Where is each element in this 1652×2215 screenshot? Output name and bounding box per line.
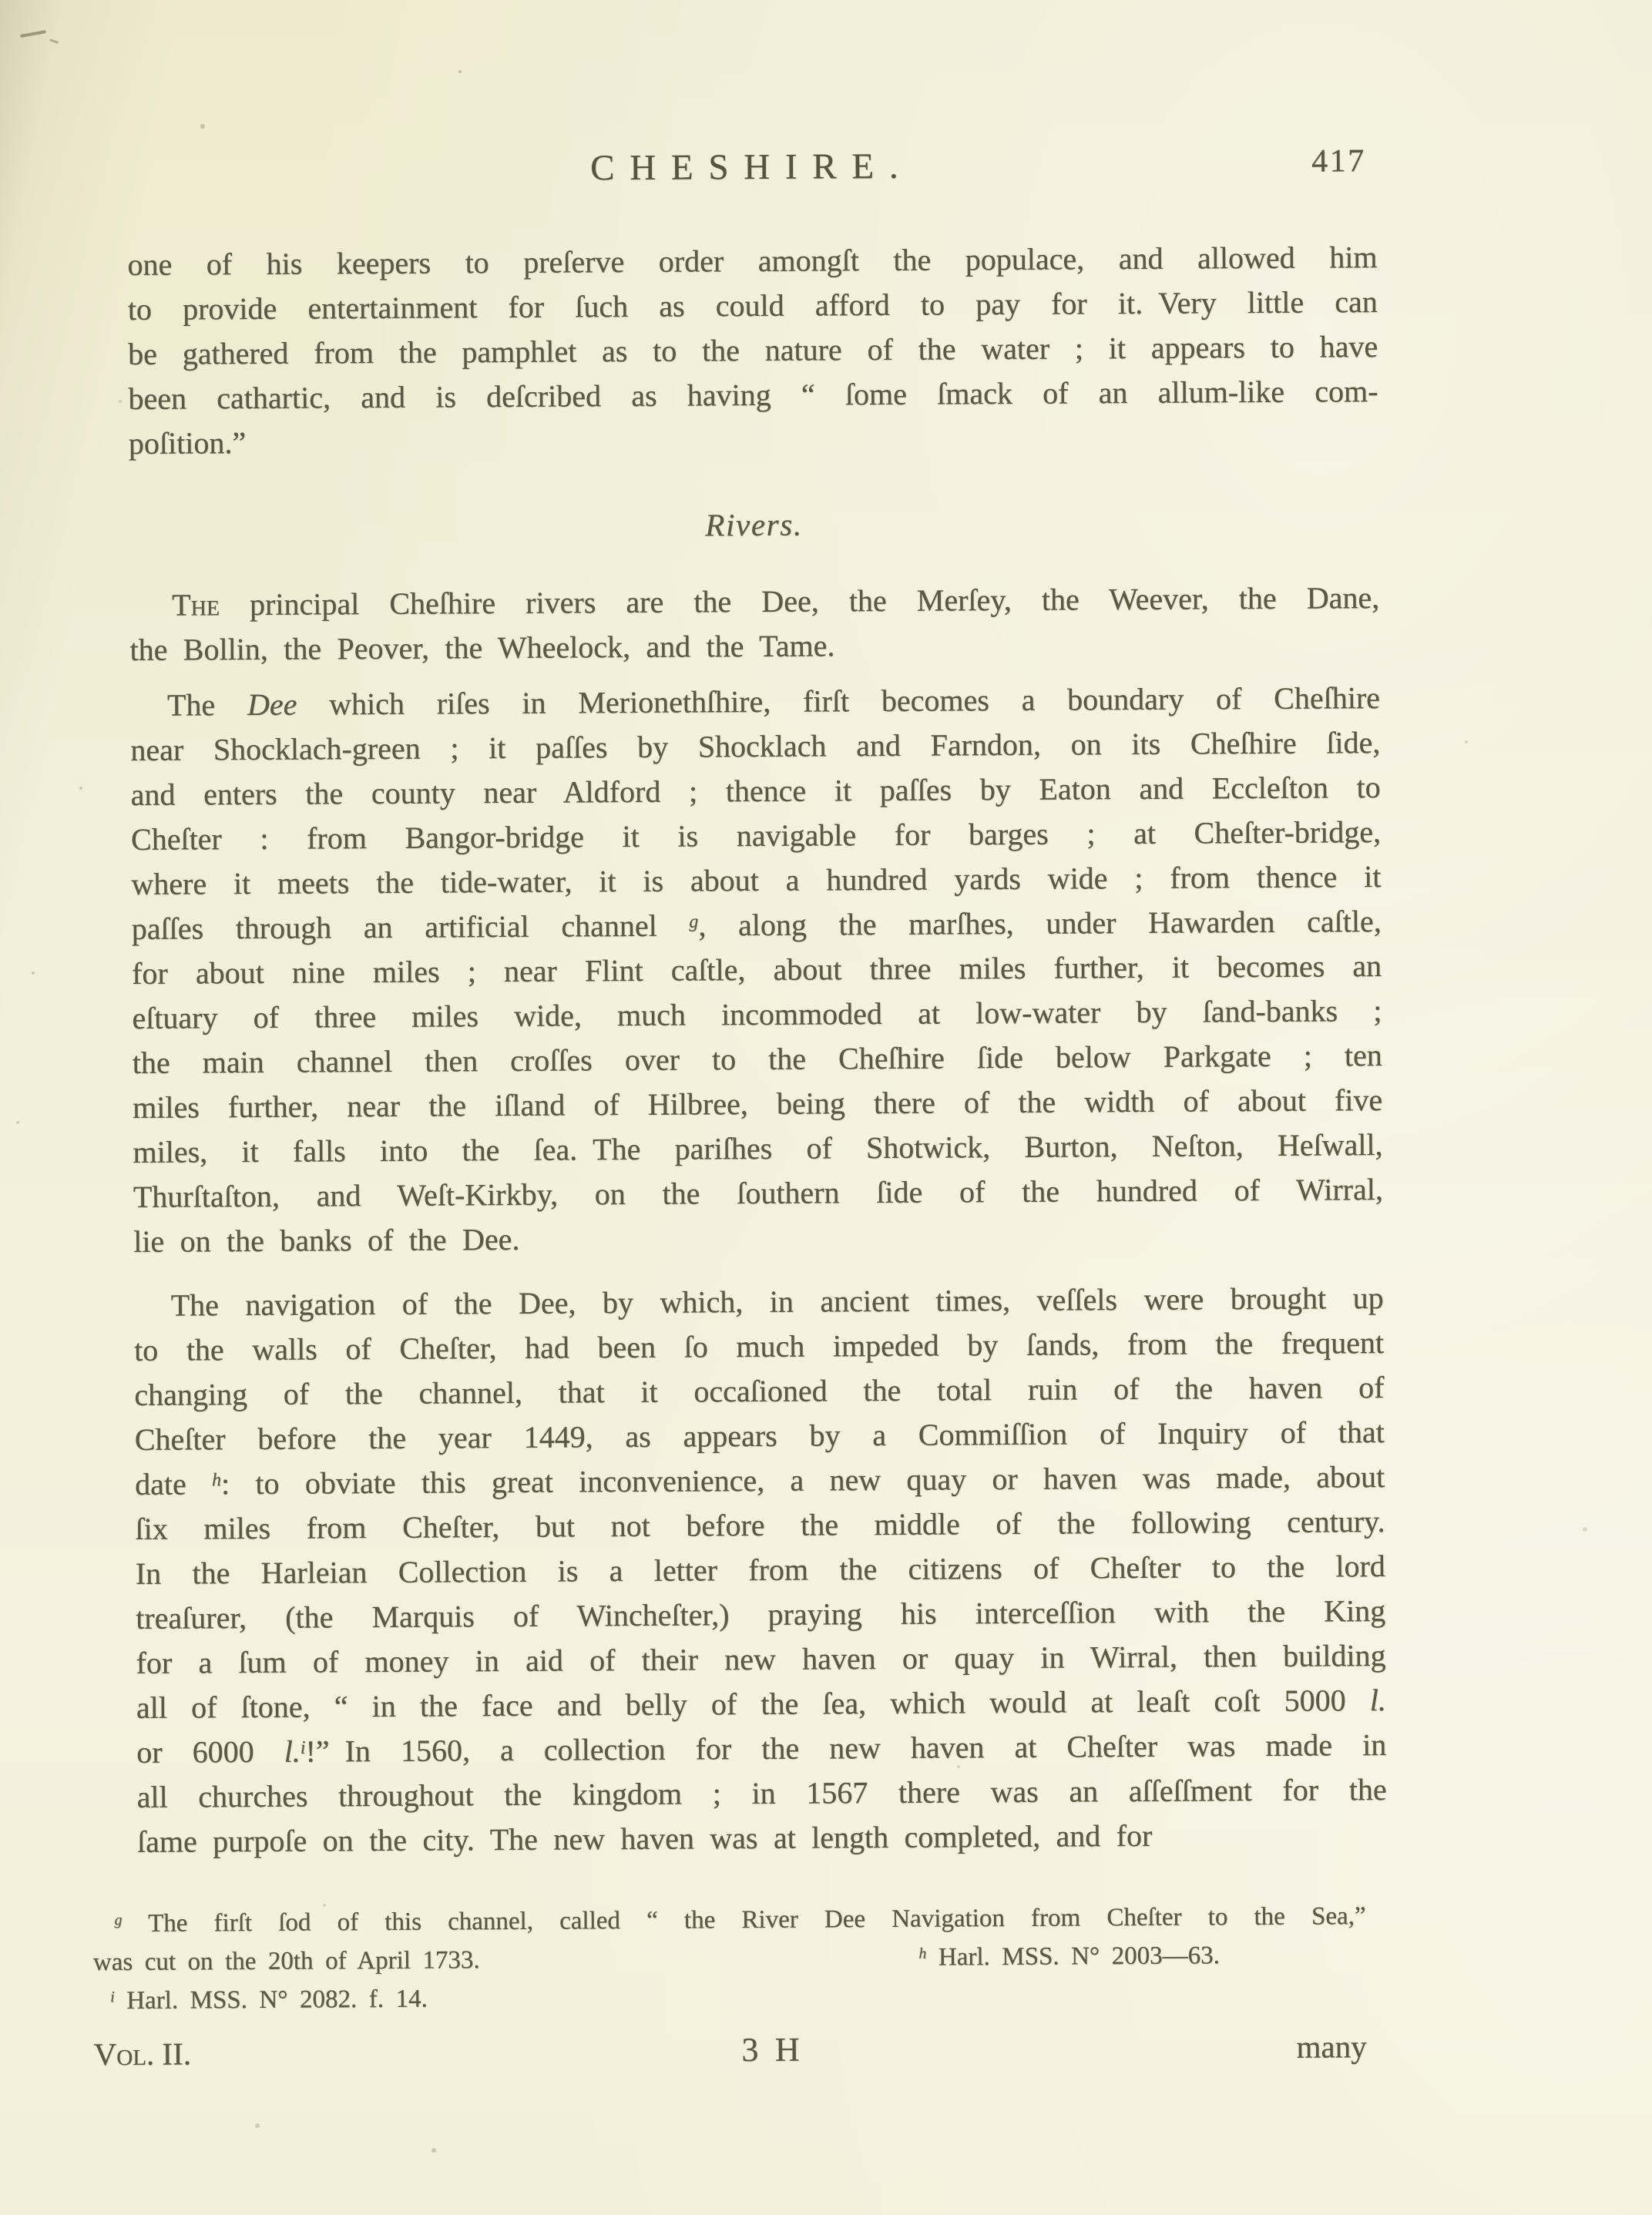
text-line: and enters the county near Aldford ; the…	[131, 765, 1381, 817]
paragraph-rivers-list: The principal Cheſhire rivers are the De…	[129, 576, 1380, 673]
text-line: The navigation of the Dee, by which, in …	[134, 1276, 1384, 1328]
paragraph-dee-navigation: The navigation of the Dee, by which, in …	[134, 1276, 1388, 1864]
text-line: Thurſtaſton, and Weſt-Kirkby, on the ſou…	[133, 1167, 1383, 1220]
text-line: one of his keepers to preſerve order amo…	[127, 235, 1377, 287]
text-line: for about nine miles ; near Flint caſtle…	[132, 944, 1382, 996]
text-line: the Bollin, the Peover, the Wheelock, an…	[129, 620, 1379, 673]
text-run: date	[135, 1466, 212, 1502]
text-line: treaſurer, (the Marquis of Wincheſter,) …	[136, 1589, 1385, 1641]
text-line: ſix miles from Cheſter, but not before t…	[135, 1499, 1385, 1552]
text-line: to the walls of Cheſter, had been ſo muc…	[134, 1321, 1384, 1373]
text-line: poſition.”	[129, 414, 1378, 466]
small-caps-run: he	[191, 587, 220, 622]
footnote-h: h Harl. MSS. N° 2003—63.	[918, 1936, 1220, 1976]
text-run: , along the marſhes, under Hawarden caſt…	[698, 904, 1382, 942]
running-title: CHESHIRE.	[590, 146, 914, 189]
text-run: Harl. MSS. N° 2082. f. 14.	[115, 1985, 428, 2015]
text-line: near Shocklach-green ; it paſſes by Shoc…	[130, 720, 1380, 773]
text-line: paſſes through an artificial channel g, …	[132, 899, 1382, 951]
text-run: principal Cheſhire rivers are the Dee, t…	[220, 580, 1379, 622]
italic-run: Dee	[247, 687, 297, 722]
italic-run: l.	[284, 1734, 301, 1769]
text-run: was cut on the 20th of April 1733.	[93, 1941, 480, 1982]
text-line: lie on the banks of the Dee.	[133, 1212, 1383, 1264]
footnotes-block: g The firſt ſod of this channel, called …	[93, 1897, 1367, 2020]
small-caps-run: ol	[116, 2036, 146, 2072]
text-line: Cheſter : from Bangor-bridge it is navig…	[131, 810, 1381, 862]
page-content: CHESHIRE. 417 one of his keepers to preſ…	[126, 0, 1388, 2077]
text-line: to provide entertainment for ſuch as cou…	[128, 280, 1378, 332]
section-heading: Rivers.	[129, 498, 1378, 551]
footnote-i: i Harl. MSS. N° 2082. f. 14.	[93, 1974, 1366, 2020]
text-run: : to obviate this great inconvenience, a…	[221, 1459, 1385, 1501]
page-number: 417	[1311, 143, 1366, 180]
text-line: all churches throughout the kingdom ; in…	[136, 1767, 1386, 1820]
paragraph-continuation: one of his keepers to preſerve order amo…	[127, 235, 1378, 466]
text-line: for a ſum of money in aid of their new h…	[136, 1633, 1385, 1686]
text-line: the main channel then croſſes over to th…	[133, 1033, 1382, 1086]
text-line: all of ſtone, “ in the face and belly of…	[136, 1678, 1386, 1730]
text-run: . II.	[146, 2036, 191, 2072]
text-line: The principal Cheſhire rivers are the De…	[129, 576, 1379, 628]
paper-blemish	[49, 39, 59, 44]
text-line: or 6000 l.i!” In 1560, a collection for …	[136, 1723, 1386, 1775]
text-run: V	[94, 2036, 117, 2072]
page-header: CHESHIRE. 417	[126, 0, 1376, 196]
paper-specks	[0, 0, 2, 2]
text-line: changing of the channel, that it occaſio…	[134, 1365, 1384, 1418]
text-line: The Dee which riſes in Merionethſhire, f…	[130, 676, 1380, 728]
signature-mark: 3 H	[741, 2027, 804, 2073]
text-run: T	[172, 587, 191, 622]
text-run: The	[167, 687, 247, 723]
footnote-marker: g	[689, 912, 698, 932]
text-line: In the Harleian Collection is a letter f…	[136, 1544, 1385, 1596]
text-run: Harl. MSS. N° 2003—63.	[926, 1941, 1220, 1971]
text-run: The firſt ſod of this channel, called “ …	[122, 1902, 1365, 1938]
italic-run: l.	[1370, 1683, 1386, 1717]
paper-blemish	[20, 30, 46, 38]
text-line: date h: to obviate this great inconvenie…	[135, 1455, 1385, 1507]
text-run: which riſes in Merionethſhire, firſt bec…	[297, 680, 1380, 722]
text-line: be gathered from the pamphlet as to the …	[128, 324, 1378, 377]
page-footer: Vol. II. 3 H many	[94, 2023, 1367, 2077]
footnote-marker: g	[115, 1911, 123, 1928]
text-line: where it meets the tide-water, it is abo…	[131, 854, 1381, 907]
text-line: Cheſter before the year 1449, as appears…	[135, 1410, 1385, 1462]
text-line: miles, it falls into the ſea. The pariſh…	[133, 1123, 1382, 1175]
scanned-book-page: CHESHIRE. 417 one of his keepers to preſ…	[0, 0, 1652, 2215]
text-line: eſtuary of three miles wide, much incomm…	[132, 988, 1382, 1041]
paragraph-dee-course: The Dee which riſes in Merionethſhire, f…	[130, 676, 1384, 1264]
footnote-g-continuation: was cut on the 20th of April 1733.h Harl…	[93, 1935, 1366, 1982]
text-run: or 6000	[136, 1734, 284, 1770]
text-run: paſſes through an artificial channel	[132, 908, 690, 946]
text-line: ſame purpoſe on the city. The new haven …	[137, 1812, 1387, 1864]
text-line: miles further, near the iſland of Hilbre…	[133, 1078, 1382, 1130]
footnote-marker: h	[212, 1470, 221, 1490]
text-run: !” In 1560, a collection for the new hav…	[305, 1727, 1386, 1769]
text-run: all of ſtone, “ in the face and belly of…	[136, 1683, 1370, 1725]
volume-label: Vol. II.	[94, 2031, 192, 2078]
text-line: been cathartic, and is deſcribed as havi…	[128, 369, 1378, 421]
catchword: many	[1296, 2023, 1366, 2070]
